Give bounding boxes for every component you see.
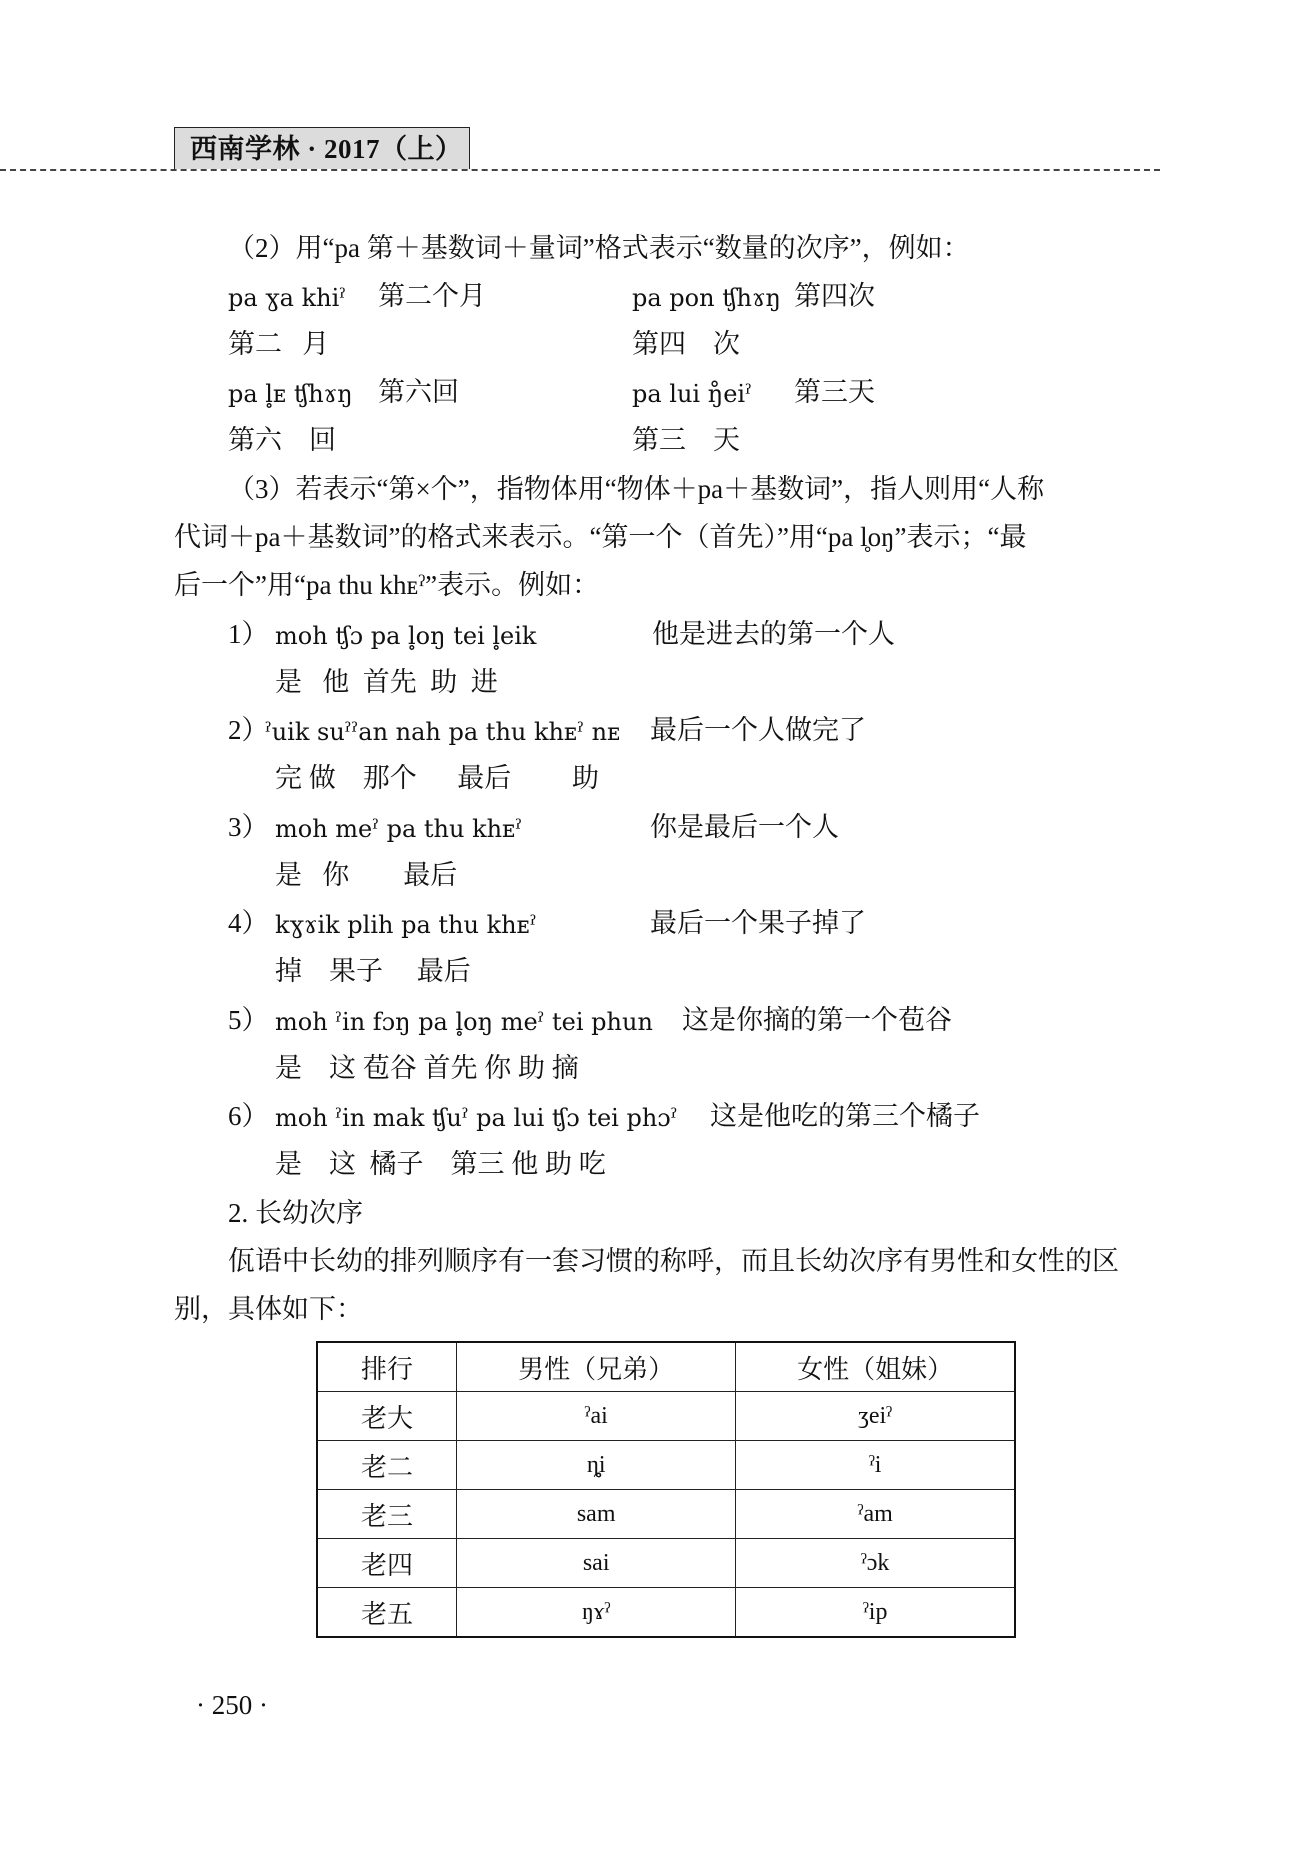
example-number: 1） [228,617,269,651]
table-cell-female: ˀi [736,1441,1015,1490]
table-cell-male: sam [457,1490,736,1539]
example-translation: 他是进去的第一个人 [652,617,895,651]
example-ipa: moh ʧɔ pa l̥oŋ tei l̥eik [275,619,536,653]
example-ipa: moh ˀin mak ʧuˀ pa lui ʧɔ tei phɔˀ [275,1101,677,1135]
table-row: 老二 ȵ̥i ˀi [317,1441,1015,1490]
example-translation: 这是他吃的第三个橘子 [710,1099,980,1133]
example-gloss: 完 做 那个 最后 助 [275,761,599,795]
example-number: 2） [228,713,269,747]
section2-intro: （2）用“pa 第＋基数词＋量词”格式表示“数量的次序”，例如： [228,231,970,265]
table-cell-male: ˀai [457,1392,736,1441]
example-gloss-cn: 第二个月 [378,279,486,313]
table-cell-rank: 老三 [317,1490,457,1539]
table-row: 老五 ŋɤˀ ˀip [317,1588,1015,1638]
example-words: 第六 回 [228,423,336,457]
example-ipa: pa pon ʧhɤŋ [632,281,781,315]
example-ipa: pa l̥ᴇ ʧhɤŋ [228,377,353,411]
table-header-cell: 男性（兄弟） [457,1342,736,1392]
example-gloss: 是 你 最后 [275,858,457,892]
example-number: 5） [228,1003,269,1037]
table-cell-female: ˀip [736,1588,1015,1638]
header-divider [0,169,1160,171]
section3-para-line: 代词＋pa＋基数词”的格式来表示。“第一个（首先）”用“pa l̥oŋ”表示；“… [174,520,1026,554]
example-number: 6） [228,1099,269,1133]
example-translation: 你是最后一个人 [650,810,839,844]
example-words: 第三 天 [632,423,740,457]
example-ipa: kɣɤik plih pa thu khᴇˀ [275,908,537,942]
table-cell-female: ˀam [736,1490,1015,1539]
table-cell-male: ŋɤˀ [457,1588,736,1638]
section3-para-line: （3）若表示“第×个”，指物体用“物体＋pa＋基数词”，指人则用“人称 [228,472,1044,506]
table-cell-rank: 老五 [317,1588,457,1638]
table-cell-rank: 老大 [317,1392,457,1441]
example-ipa: moh meˀ pa thu khᴇˀ [275,812,522,846]
table-row: 老大 ˀai ʒeiˀ [317,1392,1015,1441]
section3-para-line: 后一个”用“pa thu khᴇˀ”表示。例如： [174,568,599,602]
table-cell-female: ˀɔk [736,1539,1015,1588]
table-header-cell: 排行 [317,1342,457,1392]
table-cell-rank: 老二 [317,1441,457,1490]
elder-order-table: 排行 男性（兄弟） 女性（姐妹） 老大 ˀai ʒeiˀ 老二 ȵ̥i ˀi 老… [316,1341,1016,1638]
example-gloss: 是 这 橘子 第三 他 助 吃 [275,1147,606,1181]
example-gloss-cn: 第三天 [794,375,875,409]
table-cell-male: ȵ̥i [457,1441,736,1490]
example-gloss: 是 他 首先 助 进 [275,665,498,699]
example-gloss-cn: 第四次 [794,279,875,313]
table-cell-male: sai [457,1539,736,1588]
example-ipa: moh ˀin fɔŋ pa l̥oŋ meˀ tei phun [275,1005,653,1039]
table-row: 老三 sam ˀam [317,1490,1015,1539]
table-header-row: 排行 男性（兄弟） 女性（姐妹） [317,1342,1015,1392]
example-translation: 最后一个人做完了 [650,713,866,747]
example-number: 3） [228,810,269,844]
example-ipa: ˀuik suˀˀan nah pa thu khᴇˀ nᴇ [265,715,620,749]
example-number: 4） [228,906,269,940]
example-gloss-cn: 第六回 [378,375,459,409]
table-row: 老四 sai ˀɔk [317,1539,1015,1588]
example-words: 第四 次 [632,327,740,361]
table-cell-rank: 老四 [317,1539,457,1588]
example-translation: 最后一个果子掉了 [650,906,866,940]
example-gloss: 掉 果子 最后 [275,954,471,988]
example-gloss: 是 这 苞谷 首先 你 助 摘 [275,1051,579,1085]
section-para-line: 佤语中长幼的排列顺序有一套习惯的称呼，而且长幼次序有男性和女性的区 [228,1244,1119,1278]
running-header: 西南学林 · 2017（上） [174,127,470,169]
example-ipa: pa lui ŋ̊eiˀ [632,377,752,411]
example-words: 第二 月 [228,327,329,361]
section-heading: 2. 长幼次序 [228,1196,363,1230]
page-number: · 250 · [196,1690,268,1721]
example-translation: 这是你摘的第一个苞谷 [682,1003,952,1037]
section-para-line: 别，具体如下： [174,1292,363,1326]
example-ipa: pa ɣa khiˀ [228,281,346,315]
table-cell-female: ʒeiˀ [736,1392,1015,1441]
table-header-cell: 女性（姐妹） [736,1342,1015,1392]
